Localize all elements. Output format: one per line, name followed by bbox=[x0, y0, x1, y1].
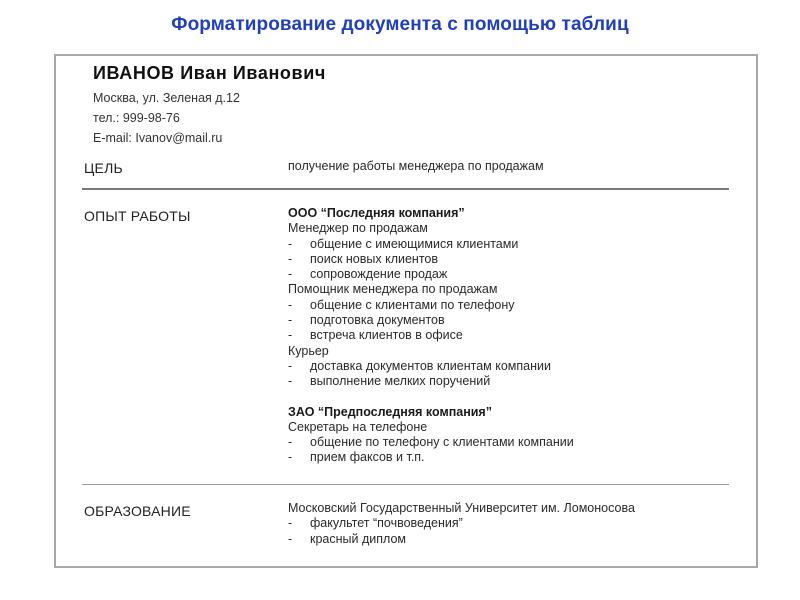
dash-bullet-icon: - bbox=[288, 450, 292, 465]
list-item-text: общение с клиентами по телефону bbox=[310, 298, 515, 312]
list-item-text: встреча клиентов в офисе bbox=[310, 328, 463, 342]
goal-text: получение работы менеджера по продажам bbox=[288, 159, 544, 174]
duty-item: -общение с имеющимися клиентами bbox=[288, 237, 574, 252]
company-name: ООО “Последняя компания” bbox=[288, 206, 574, 221]
section-body-education: Московский Государственный Университет и… bbox=[288, 501, 635, 547]
list-item-text: сопровождение продаж bbox=[310, 267, 447, 281]
resume-name: ИВАНОВ Иван Иванович bbox=[93, 63, 326, 84]
list-item-text: красный диплом bbox=[310, 532, 406, 546]
dash-bullet-icon: - bbox=[288, 298, 292, 313]
resume-address: Москва, ул. Зеленая д.12 bbox=[93, 91, 240, 105]
resume-document: ИВАНОВ Иван Иванович Москва, ул. Зеленая… bbox=[54, 54, 758, 568]
dash-bullet-icon: - bbox=[288, 516, 292, 531]
duty-item: -общение с клиентами по телефону bbox=[288, 298, 574, 313]
position-title: Менеджер по продажам bbox=[288, 221, 574, 236]
section-divider bbox=[82, 188, 729, 190]
list-item-text: прием факсов и т.п. bbox=[310, 450, 425, 464]
slide-title: Форматирование документа с помощью табли… bbox=[0, 14, 800, 36]
resume-phone: тел.: 999-98-76 bbox=[93, 111, 180, 125]
duty-item: -поиск новых клиентов bbox=[288, 252, 574, 267]
duty-item: -доставка документов клиентам компании bbox=[288, 359, 574, 374]
list-item-text: доставка документов клиентам компании bbox=[310, 359, 551, 373]
duty-item: -подготовка документов bbox=[288, 313, 574, 328]
list-item-text: выполнение мелких поручений bbox=[310, 374, 490, 388]
dash-bullet-icon: - bbox=[288, 374, 292, 389]
education-detail: -красный диплом bbox=[288, 532, 635, 547]
list-item-text: поиск новых клиентов bbox=[310, 252, 438, 266]
section-divider bbox=[82, 484, 729, 485]
dash-bullet-icon: - bbox=[288, 237, 292, 252]
dash-bullet-icon: - bbox=[288, 435, 292, 450]
list-item-text: общение по телефону с клиентами компании bbox=[310, 435, 574, 449]
section-label-goal: ЦЕЛЬ bbox=[84, 160, 123, 176]
list-item-text: факультет “почвоведения” bbox=[310, 516, 463, 530]
education-detail: -факультет “почвоведения” bbox=[288, 516, 635, 531]
list-item-text: общение с имеющимися клиентами bbox=[310, 237, 518, 251]
section-body-goal: получение работы менеджера по продажам bbox=[288, 159, 544, 174]
dash-bullet-icon: - bbox=[288, 532, 292, 547]
position-title: Помощник менеджера по продажам bbox=[288, 282, 574, 297]
dash-bullet-icon: - bbox=[288, 328, 292, 343]
duty-item: -выполнение мелких поручений bbox=[288, 374, 574, 389]
dash-bullet-icon: - bbox=[288, 359, 292, 374]
section-label-experience: ОПЫТ РАБОТЫ bbox=[84, 208, 191, 224]
section-label-education: ОБРАЗОВАНИЕ bbox=[84, 503, 191, 519]
position-title: Секретарь на телефоне bbox=[288, 420, 574, 435]
duty-item: -встреча клиентов в офисе bbox=[288, 328, 574, 343]
list-item-text: подготовка документов bbox=[310, 313, 445, 327]
company-name: ЗАО “Предпоследняя компания” bbox=[288, 405, 574, 420]
dash-bullet-icon: - bbox=[288, 252, 292, 267]
dash-bullet-icon: - bbox=[288, 267, 292, 282]
dash-bullet-icon: - bbox=[288, 313, 292, 328]
section-body-experience: ООО “Последняя компания”Менеджер по прод… bbox=[288, 206, 574, 466]
position-title: Курьер bbox=[288, 344, 574, 359]
education-institution: Московский Государственный Университет и… bbox=[288, 501, 635, 516]
duty-item: -сопровождение продаж bbox=[288, 267, 574, 282]
duty-item: -прием факсов и т.п. bbox=[288, 450, 574, 465]
resume-email: E-mail: Ivanov@mail.ru bbox=[93, 131, 222, 145]
duty-item: -общение по телефону с клиентами компани… bbox=[288, 435, 574, 450]
spacer bbox=[288, 390, 574, 405]
